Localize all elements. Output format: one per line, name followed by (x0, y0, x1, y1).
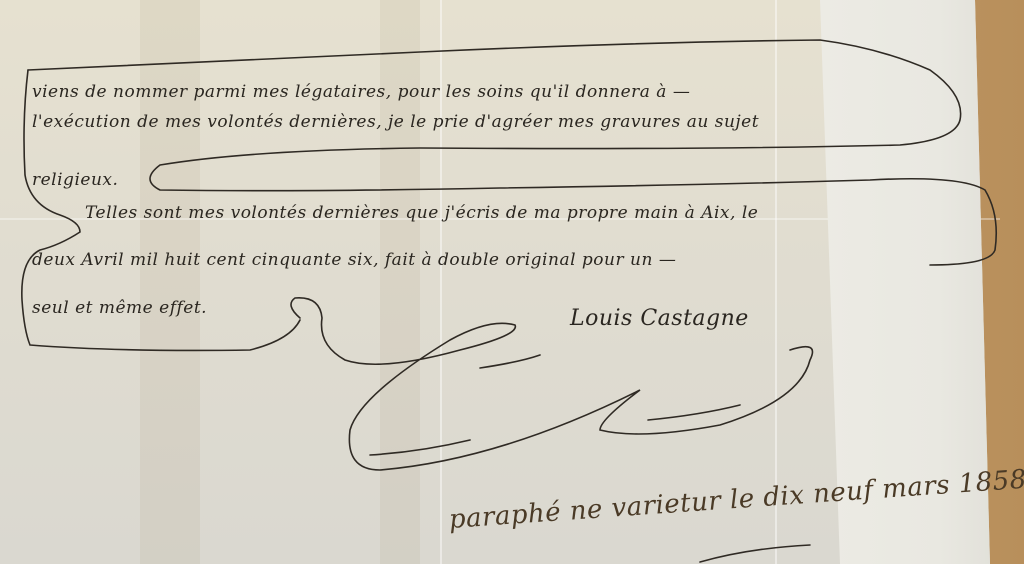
body-line-5: deux Avril mil huit cent cinquante six, … (32, 250, 676, 270)
text-enclosure-line (28, 40, 996, 265)
body-line-4: Telles sont mes volontés dernières que j… (85, 203, 758, 223)
body-line-2: l'exécution de mes volontés dernières, j… (32, 112, 759, 132)
signature: Louis Castagne (570, 306, 749, 331)
body-line-6: seul et même effet. (32, 298, 207, 318)
body-line-1: viens de nommer parmi mes légataires, po… (32, 82, 690, 102)
body-line-3: religieux. (32, 170, 118, 190)
